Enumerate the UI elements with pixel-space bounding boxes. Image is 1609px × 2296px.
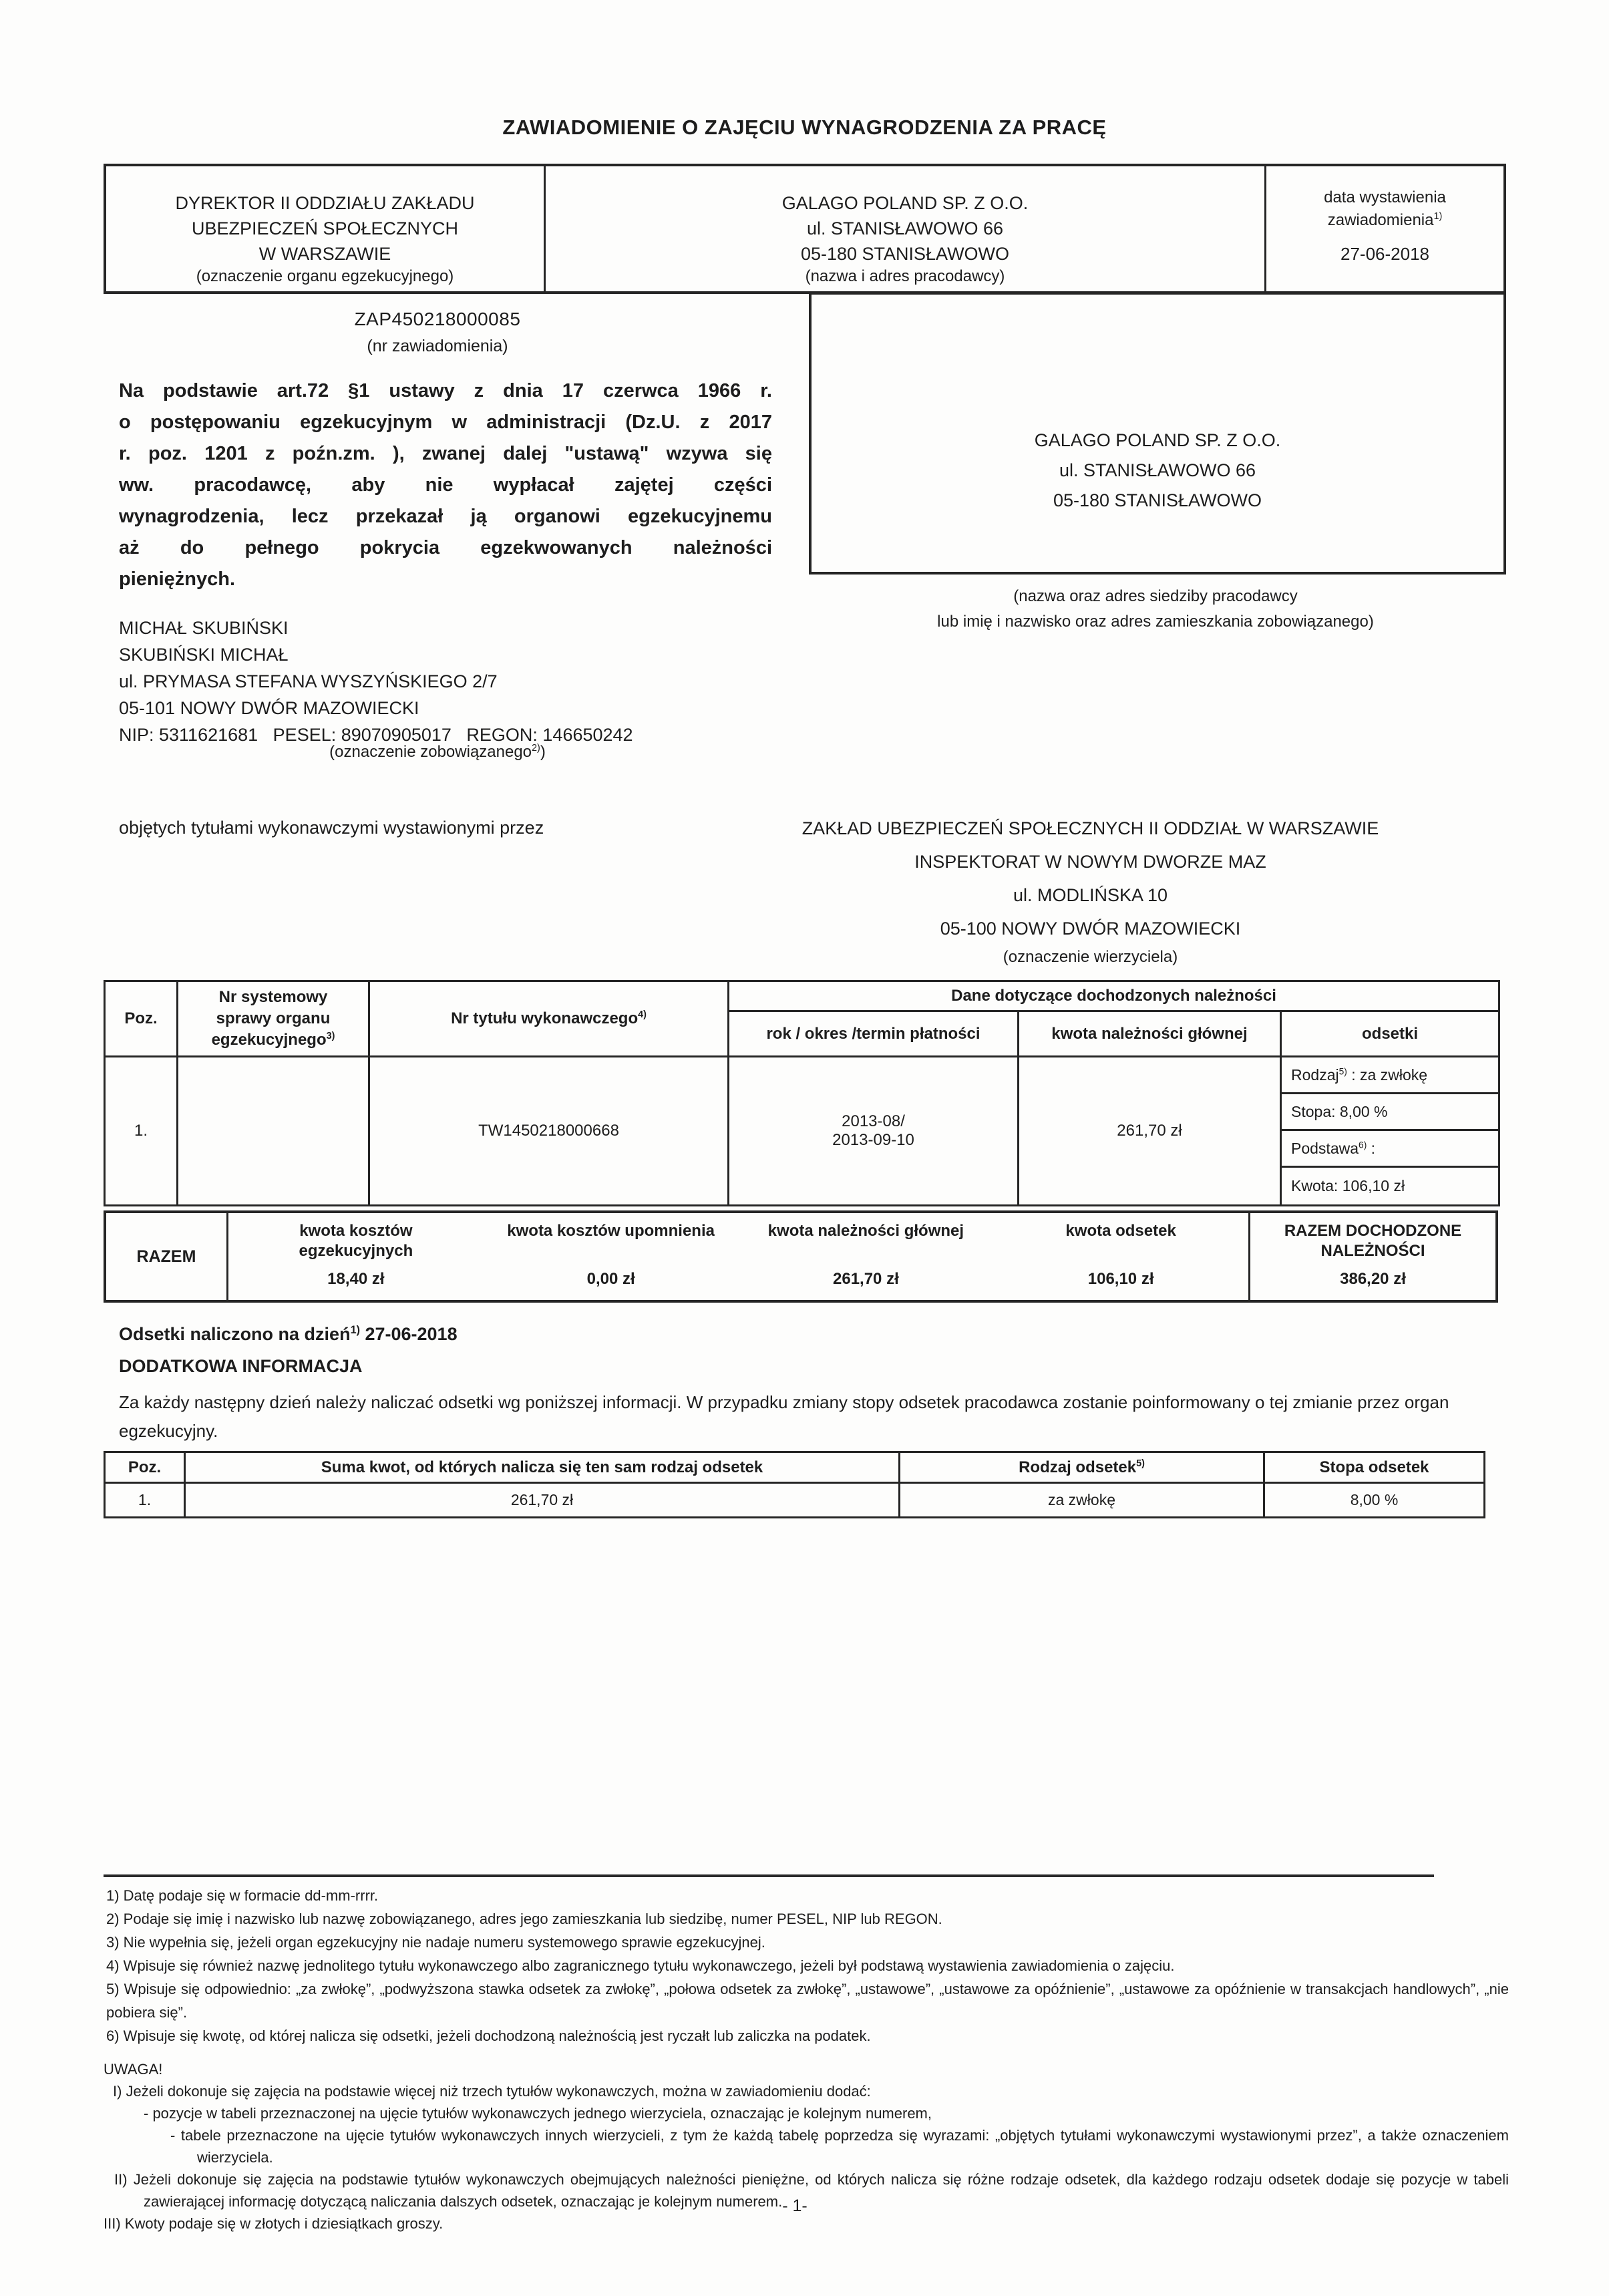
totals-table: RAZEM kwota kosztów egzekucyjnych 18,40 … bbox=[104, 1210, 1498, 1303]
cell-interest-rate: 8,00 % bbox=[1264, 1483, 1485, 1518]
col-header-poz: Poz. bbox=[105, 1452, 185, 1483]
col-header-sum: Suma kwot, od których nalicza się ten sa… bbox=[185, 1452, 900, 1483]
footnote-divider bbox=[104, 1874, 1434, 1877]
interest-base: Podstawa6) : bbox=[1282, 1131, 1498, 1168]
table-row: 1. 261,70 zł za zwłokę 8,00 % bbox=[105, 1483, 1485, 1518]
col-group-header-claims: Dane dotyczące dochodzonych należności bbox=[729, 981, 1499, 1011]
col-header-period: rok / okres /termin płatności bbox=[729, 1011, 1019, 1057]
uwaga-dash-1: - pozycje w tabeli przeznaczonej na ujęc… bbox=[104, 2102, 1509, 2124]
interest-calculated-line: Odsetki naliczono na dzień1) 27-06-2018 bbox=[119, 1324, 458, 1345]
col-header-interest-type: Rodzaj odsetek5) bbox=[900, 1452, 1264, 1483]
cell-poz: 1. bbox=[105, 1057, 178, 1206]
employer-name: GALAGO POLAND SP. Z O.O. bbox=[782, 190, 1029, 216]
interest-type: Rodzaj5) : za zwłokę bbox=[1282, 1057, 1498, 1094]
creditor-branch: INSPEKTORAT W NOWYM DWORZE MAZ bbox=[705, 845, 1476, 878]
debtor-name-alt: SKUBIŃSKI MICHAŁ bbox=[119, 641, 633, 668]
col-header-interest-rate: Stopa odsetek bbox=[1264, 1452, 1485, 1483]
totals-grand: RAZEM DOCHODZONE NALEŻNOŚCI 386,20 zł bbox=[1248, 1213, 1495, 1300]
creditor-block: ZAKŁAD UBEZPIECZEŃ SPOŁECZNYCH II ODDZIA… bbox=[705, 812, 1476, 969]
authority-caption: (oznaczenie organu egzekucyjnego) bbox=[196, 267, 454, 293]
notification-number-block: ZAP450218000085 (nr zawiadomienia) bbox=[104, 309, 771, 356]
debtor-caption: (oznaczenie zobowiązanego2)) bbox=[104, 743, 771, 762]
document-title: ZAWIADOMIENIE O ZAJĘCIU WYNAGRODZENIA ZA… bbox=[0, 116, 1609, 140]
debtor-name: MICHAŁ SKUBIŃSKI bbox=[119, 615, 633, 641]
authority-line: DYREKTOR II ODDZIAŁU ZAKŁADU bbox=[175, 190, 474, 216]
cell-principal: 261,70 zł bbox=[1019, 1057, 1281, 1206]
footnote-3: 3) Nie wypełnia się, jeżeli organ egzeku… bbox=[104, 1931, 1509, 1954]
totals-exec-costs: kwota kosztów egzekucyjnych 18,40 zł bbox=[228, 1213, 484, 1300]
totals-reminder-costs: kwota kosztów upomnienia 0,00 zł bbox=[484, 1213, 739, 1300]
covered-by-titles-label: objętych tytułami wykonawczymi wystawion… bbox=[119, 818, 544, 838]
table-row: 1. TW1450218000668 2013-08/ 2013-09-10 2… bbox=[105, 1057, 1499, 1206]
debtor-block: MICHAŁ SKUBIŃSKI SKUBIŃSKI MICHAŁ ul. PR… bbox=[119, 615, 633, 748]
totals-principal: kwota należności głównej 261,70 zł bbox=[739, 1213, 994, 1300]
cell-sum: 261,70 zł bbox=[185, 1483, 900, 1518]
creditor-street: ul. MODLIŃSKA 10 bbox=[705, 878, 1476, 912]
notification-number-caption: (nr zawiadomienia) bbox=[104, 337, 771, 356]
interest-rate-table: Poz. Suma kwot, od których nalicza się t… bbox=[104, 1451, 1485, 1518]
issue-date-value: 27-06-2018 bbox=[1340, 242, 1429, 265]
employer-street: ul. STANISŁAWOWO 66 bbox=[812, 456, 1503, 486]
issue-date-label: data wystawienia bbox=[1324, 186, 1446, 209]
cell-title-number: TW1450218000668 bbox=[369, 1057, 729, 1206]
employer-city: 05-180 STANISŁAWOWO bbox=[801, 241, 1009, 267]
debtor-street: ul. PRYMASA STEFANA WYSZYŃSKIEGO 2/7 bbox=[119, 668, 633, 695]
cell-interest: Rodzaj5) : za zwłokę Stopa: 8,00 % Podst… bbox=[1281, 1057, 1499, 1206]
uwaga-dash-2: - tabele przeznaczone na ujęcie tytułów … bbox=[130, 2124, 1509, 2168]
executing-authority-cell: DYREKTOR II ODDZIAŁU ZAKŁADU UBEZPIECZEŃ… bbox=[106, 166, 546, 291]
footer-notes: 1) Datę podaje się w formacie dd-mm-rrrr… bbox=[104, 1874, 1509, 2235]
employer-name: GALAGO POLAND SP. Z O.O. bbox=[812, 426, 1503, 456]
col-header-principal: kwota należności głównej bbox=[1019, 1011, 1281, 1057]
notification-number: ZAP450218000085 bbox=[104, 309, 771, 330]
creditor-name: ZAKŁAD UBEZPIECZEŃ SPOŁECZNYCH II ODDZIA… bbox=[705, 812, 1476, 845]
uwaga-heading: UWAGA! bbox=[104, 2058, 1509, 2080]
employer-street: ul. STANISŁAWOWO 66 bbox=[807, 216, 1003, 241]
legal-basis-paragraph: Na podstawie art.72 §1 ustawy z dnia 17 … bbox=[119, 375, 772, 595]
totals-middle: kwota kosztów egzekucyjnych 18,40 zł kwo… bbox=[228, 1213, 1248, 1300]
creditor-caption: (oznaczenie wierzyciela) bbox=[705, 945, 1476, 969]
document-page: ZAWIADOMIENIE O ZAJĘCIU WYNAGRODZENIA ZA… bbox=[0, 0, 1609, 2296]
footnote-1: 1) Datę podaje się w formacie dd-mm-rrrr… bbox=[104, 1884, 1509, 1907]
employer-cell: GALAGO POLAND SP. Z O.O. ul. STANISŁAWOW… bbox=[546, 166, 1266, 291]
cell-interest-type: za zwłokę bbox=[900, 1483, 1264, 1518]
employer-box-caption: (nazwa oraz adres siedziby pracodawcy lu… bbox=[735, 584, 1576, 635]
col-header-title-number: Nr tytułu wykonawczego4) bbox=[369, 981, 729, 1057]
footnote-6: 6) Wpisuje się kwotę, od której nalicza … bbox=[104, 2024, 1509, 2047]
cell-period: 2013-08/ 2013-09-10 bbox=[729, 1057, 1019, 1206]
uwaga-point-i: I) Jeżeli dokonuje się zajęcia na podsta… bbox=[104, 2080, 1509, 2102]
authority-line: W WARSZAWIE bbox=[259, 241, 391, 267]
creditor-city: 05-100 NOWY DWÓR MAZOWIECKI bbox=[705, 912, 1476, 945]
footnote-5: 5) Wpisuje się odpowiednio: „za zwłokę”,… bbox=[104, 1977, 1509, 2024]
page-number: - 1- bbox=[0, 2196, 1590, 2216]
issue-date-label: zawiadomienia1) bbox=[1328, 209, 1443, 232]
additional-info-text: Za każdy następny dzień należy naliczać … bbox=[119, 1388, 1495, 1446]
cell-system-number bbox=[178, 1057, 369, 1206]
totals-label: RAZEM bbox=[106, 1213, 228, 1300]
col-header-system-number: Nr systemowy sprawy organu egzekucyjnego… bbox=[178, 981, 369, 1057]
totals-interest: kwota odsetek 106,10 zł bbox=[993, 1213, 1248, 1300]
interest-amount: Kwota: 106,10 zł bbox=[1282, 1168, 1498, 1204]
col-header-poz: Poz. bbox=[105, 981, 178, 1057]
footnote-2: 2) Podaje się imię i nazwisko lub nazwę … bbox=[104, 1907, 1509, 1931]
col-header-interest: odsetki bbox=[1281, 1011, 1499, 1057]
employer-caption: (nazwa i adres pracodawcy) bbox=[806, 267, 1005, 293]
additional-info-heading: DODATKOWA INFORMACJA bbox=[119, 1356, 362, 1377]
interest-rate: Stopa: 8,00 % bbox=[1282, 1094, 1498, 1131]
footnote-4: 4) Wpisuje się również nazwę jednolitego… bbox=[104, 1954, 1509, 1977]
debtor-city: 05-101 NOWY DWÓR MAZOWIECKI bbox=[119, 695, 633, 721]
header-table: DYREKTOR II ODDZIAŁU ZAKŁADU UBEZPIECZEŃ… bbox=[104, 164, 1506, 294]
authority-line: UBEZPIECZEŃ SPOŁECZNYCH bbox=[192, 216, 458, 241]
claims-table: Poz. Nr systemowy sprawy organu egzekucy… bbox=[104, 980, 1500, 1206]
employer-city: 05-180 STANISŁAWOWO bbox=[812, 486, 1503, 516]
employer-address-box: GALAGO POLAND SP. Z O.O. ul. STANISŁAWOW… bbox=[809, 292, 1506, 575]
issue-date-cell: data wystawienia zawiadomienia1) 27-06-2… bbox=[1266, 166, 1503, 291]
cell-poz: 1. bbox=[105, 1483, 185, 1518]
